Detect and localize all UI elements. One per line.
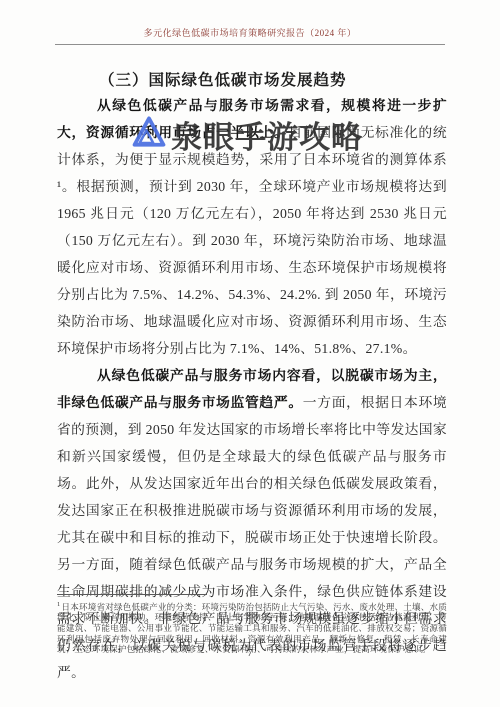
page-header: 多元化绿色低碳市场培育策略研究报告（2024 年）: [55, 26, 445, 45]
body-text: 从绿色低碳产品与服务市场需求看，规模将进一步扩大，资源循环利用市场占一半以上。目…: [57, 92, 447, 686]
document-page: 多元化绿色低碳市场培育策略研究报告（2024 年） （三）国际绿色低碳市场发展趋…: [0, 0, 500, 707]
section-title: （三）国际绿色低碳市场发展趋势: [57, 68, 448, 90]
paragraph-1-rest: 目前国际尚无标准化的统计体系，为便于显示规模趋势，采用了日本环境省的测算体系¹。…: [57, 125, 447, 356]
header-title: 多元化绿色低碳市场培育策略研究报告（2024 年）: [55, 26, 445, 39]
page-number: 7: [0, 648, 500, 659]
footnote-divider: [57, 594, 207, 595]
footnote-marker: 1: [57, 601, 60, 608]
footnote: 1日本环境省对绿色低碳产业的分类：环境污染防治包括防止大气污染、污水、废水处理、…: [57, 600, 447, 655]
footnote-text: 日本环境省对绿色低碳产业的分类：环境污染防治包括防止大气污染、污水、废水处理、土…: [57, 602, 447, 654]
paragraph-market-demand: 从绿色低碳产品与服务市场需求看，规模将进一步扩大，资源循环利用市场占一半以上。目…: [57, 92, 447, 362]
header-divider: [55, 44, 445, 45]
